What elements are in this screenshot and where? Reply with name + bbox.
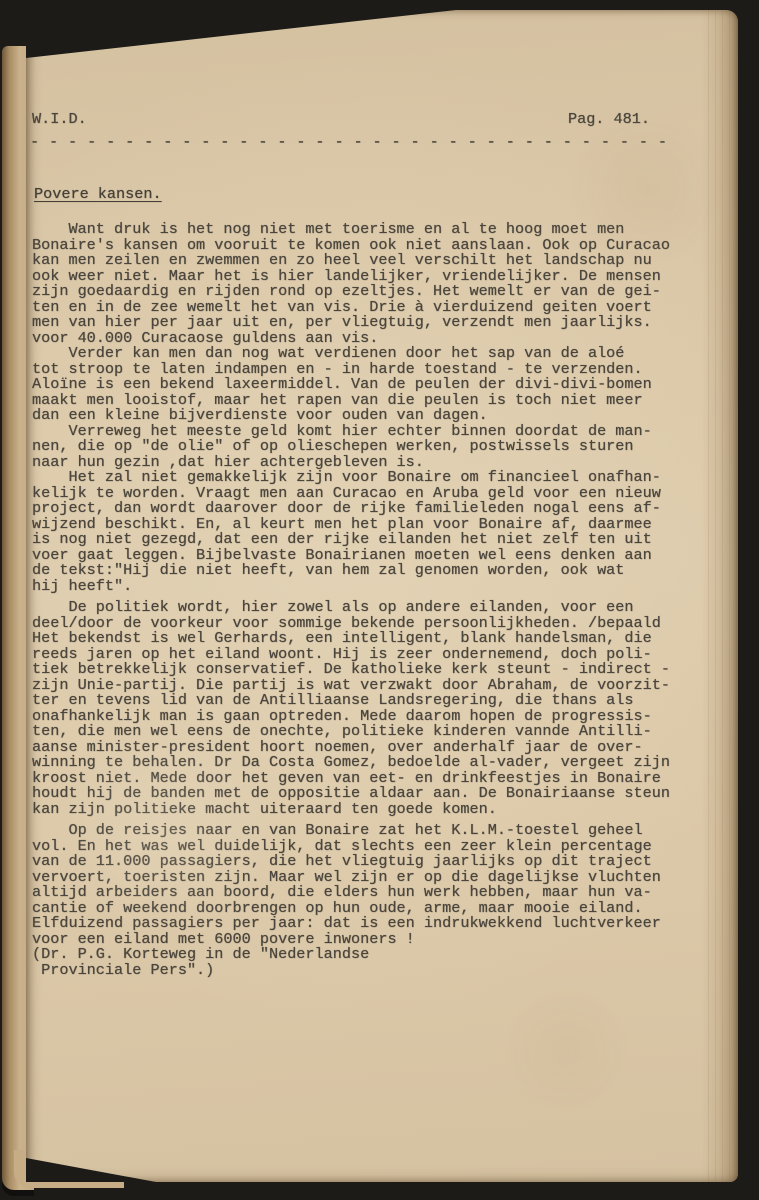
- body-paragraph: Verder kan men dan nog wat verdienen doo…: [32, 346, 692, 424]
- scanned-document-page: W.I.D. Pag. 481. - - - - - - - - - - - -…: [26, 10, 738, 1182]
- attribution: (Dr. P.G. Korteweg in de "Nederlandse Pr…: [32, 947, 692, 978]
- body-paragraph: Het zal niet gemakkelijk zijn voor Bonai…: [32, 470, 692, 594]
- article-body: Want druk is het nog niet met toerisme e…: [32, 222, 692, 978]
- body-paragraph: Op de reisjes naar en van Bonaire zat he…: [32, 823, 692, 947]
- dashed-divider: - - - - - - - - - - - - - - - - - - - - …: [30, 135, 670, 151]
- page-header: W.I.D. Pag. 481.: [32, 112, 650, 128]
- journal-code: W.I.D.: [32, 112, 87, 128]
- page-number: Pag. 481.: [568, 112, 650, 128]
- body-paragraph: Verreweg het meeste geld komt hier echte…: [32, 424, 692, 471]
- article-title: Povere kansen.: [34, 187, 162, 203]
- typewritten-content: W.I.D. Pag. 481. - - - - - - - - - - - -…: [26, 10, 738, 1182]
- body-paragraph: De politiek wordt, hier zowel als op and…: [32, 600, 692, 817]
- body-paragraph: Want druk is het nog niet met toerisme e…: [32, 222, 692, 346]
